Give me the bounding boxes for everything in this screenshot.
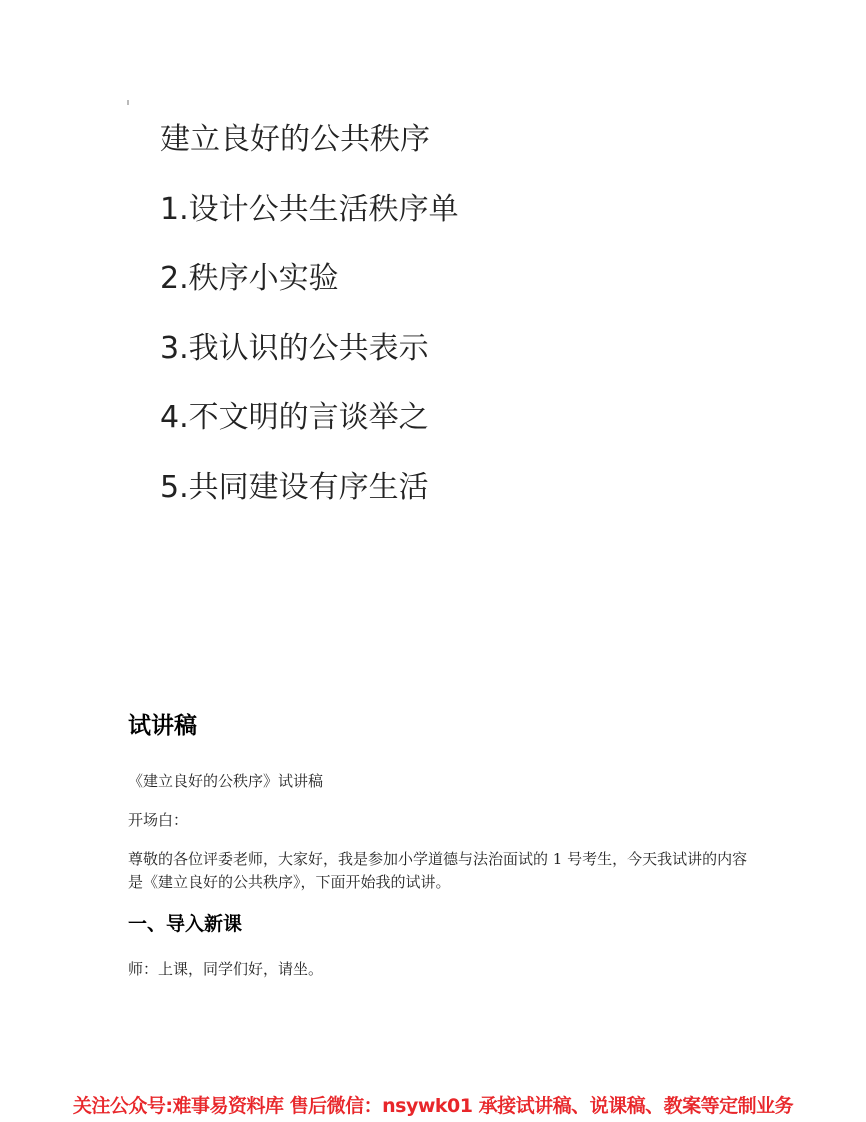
speech-script: 试讲稿 《建立良好的公秩序》试讲稿 开场白： 尊敬的各位评委老师，大家好，我是参… [128, 708, 748, 997]
section-heading: 一、导入新课 [128, 910, 748, 938]
outline-item: 4.不文明的言谈举之 [160, 396, 459, 466]
opening-label: 开场白： [128, 809, 748, 832]
outline-item: 1.设计公共生活秩序单 [160, 188, 459, 258]
speech-heading: 试讲稿 [128, 708, 748, 744]
opening-text: 尊敬的各位评委老师，大家好，我是参加小学道德与法治面试的 1 号考生，今天我试讲… [128, 848, 748, 894]
outline-item: 3.我认识的公共表示 [160, 327, 459, 397]
outline-title: 建立良好的公共秩序 [160, 118, 459, 188]
section-text: 师：上课，同学们好，请坐。 [128, 958, 748, 981]
footer-watermark: 关注公众号:难事易资料库 售后微信：nsywk01 承接试讲稿、说课稿、教案等定… [0, 1090, 866, 1122]
anchor-mark [127, 100, 129, 105]
slide-outline: 建立良好的公共秩序 1.设计公共生活秩序单 2.秩序小实验 3.我认识的公共表示… [160, 118, 459, 535]
outline-item: 2.秩序小实验 [160, 257, 459, 327]
outline-item: 5.共同建设有序生活 [160, 466, 459, 536]
speech-subtitle: 《建立良好的公秩序》试讲稿 [128, 770, 748, 793]
